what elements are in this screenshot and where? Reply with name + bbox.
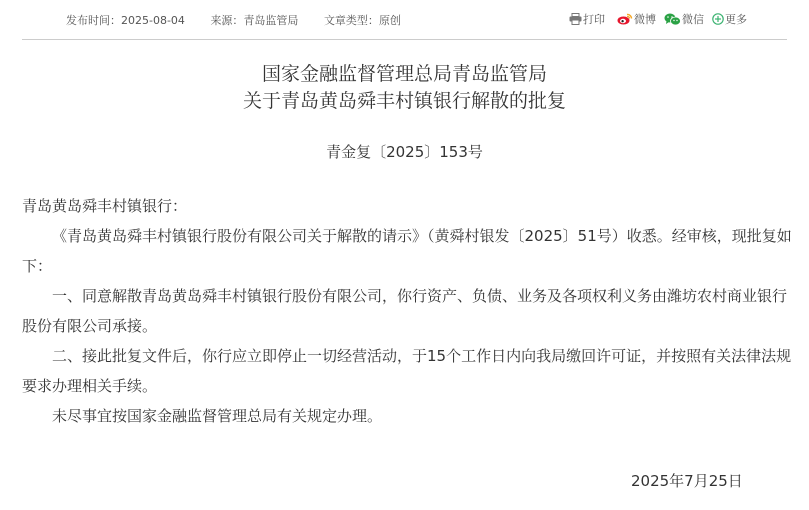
salutation: 青岛黄岛舜丰村镇银行：: [22, 191, 792, 221]
printer-icon: [569, 13, 582, 25]
paragraph: 二、接此批复文件后，你行应立即停止一切经营活动，于15个工作日内向我局缴回许可证…: [22, 341, 792, 401]
source-value: 青岛监管局: [243, 14, 298, 27]
article-type-label: 文章类型：: [324, 14, 379, 27]
share-bar: 打印 微博: [561, 11, 747, 27]
wechat-icon: [664, 13, 681, 26]
page: 发布时间：2025-08-04 来源：青岛监管局 文章类型：原创 打印: [0, 0, 809, 510]
document-title-line-2: 关于青岛黄岛舜丰村镇银行解散的批复: [0, 88, 809, 115]
signature-date: 2025年7月25日: [631, 470, 743, 491]
source-label: 来源：: [210, 14, 243, 27]
wechat-share-button[interactable]: 微信: [664, 11, 704, 27]
paragraph: 未尽事宜按国家金融监督管理总局有关规定办理。: [22, 401, 792, 431]
more-label: 更多: [725, 11, 747, 27]
meta-bar: 发布时间：2025-08-04 来源：青岛监管局 文章类型：原创 打印: [22, 0, 787, 40]
weibo-label: 微博: [634, 11, 656, 27]
source: 来源：青岛监管局: [210, 14, 298, 27]
weibo-icon: [617, 13, 633, 25]
wechat-label: 微信: [682, 11, 704, 27]
article-type: 文章类型：原创: [324, 14, 401, 27]
document-title-line-1: 国家金融监督管理总局青岛监管局: [0, 61, 809, 88]
article-type-value: 原创: [379, 14, 401, 27]
weibo-share-button[interactable]: 微博: [617, 11, 656, 27]
document-body: 青岛黄岛舜丰村镇银行： 《青岛黄岛舜丰村镇银行股份有限公司关于解散的请示》（黄舜…: [22, 191, 792, 431]
document-number: 青金复〔2025〕153号: [0, 141, 809, 162]
publish-time-label: 发布时间：: [66, 14, 121, 27]
publish-time: 发布时间：2025-08-04: [66, 14, 185, 27]
paragraph: 《青岛黄岛舜丰村镇银行股份有限公司关于解散的请示》（黄舜村银发〔2025〕51号…: [22, 221, 792, 281]
more-share-button[interactable]: 更多: [712, 11, 747, 27]
print-label: 打印: [583, 11, 605, 27]
paragraph: 一、同意解散青岛黄岛舜丰村镇银行股份有限公司，你行资产、负债、业务及各项权利义务…: [22, 281, 792, 341]
plus-circle-icon: [712, 13, 724, 25]
print-button[interactable]: 打印: [569, 11, 605, 27]
article-meta: 发布时间：2025-08-04 来源：青岛监管局 文章类型：原创: [66, 12, 423, 28]
publish-time-value: 2025-08-04: [121, 14, 185, 27]
